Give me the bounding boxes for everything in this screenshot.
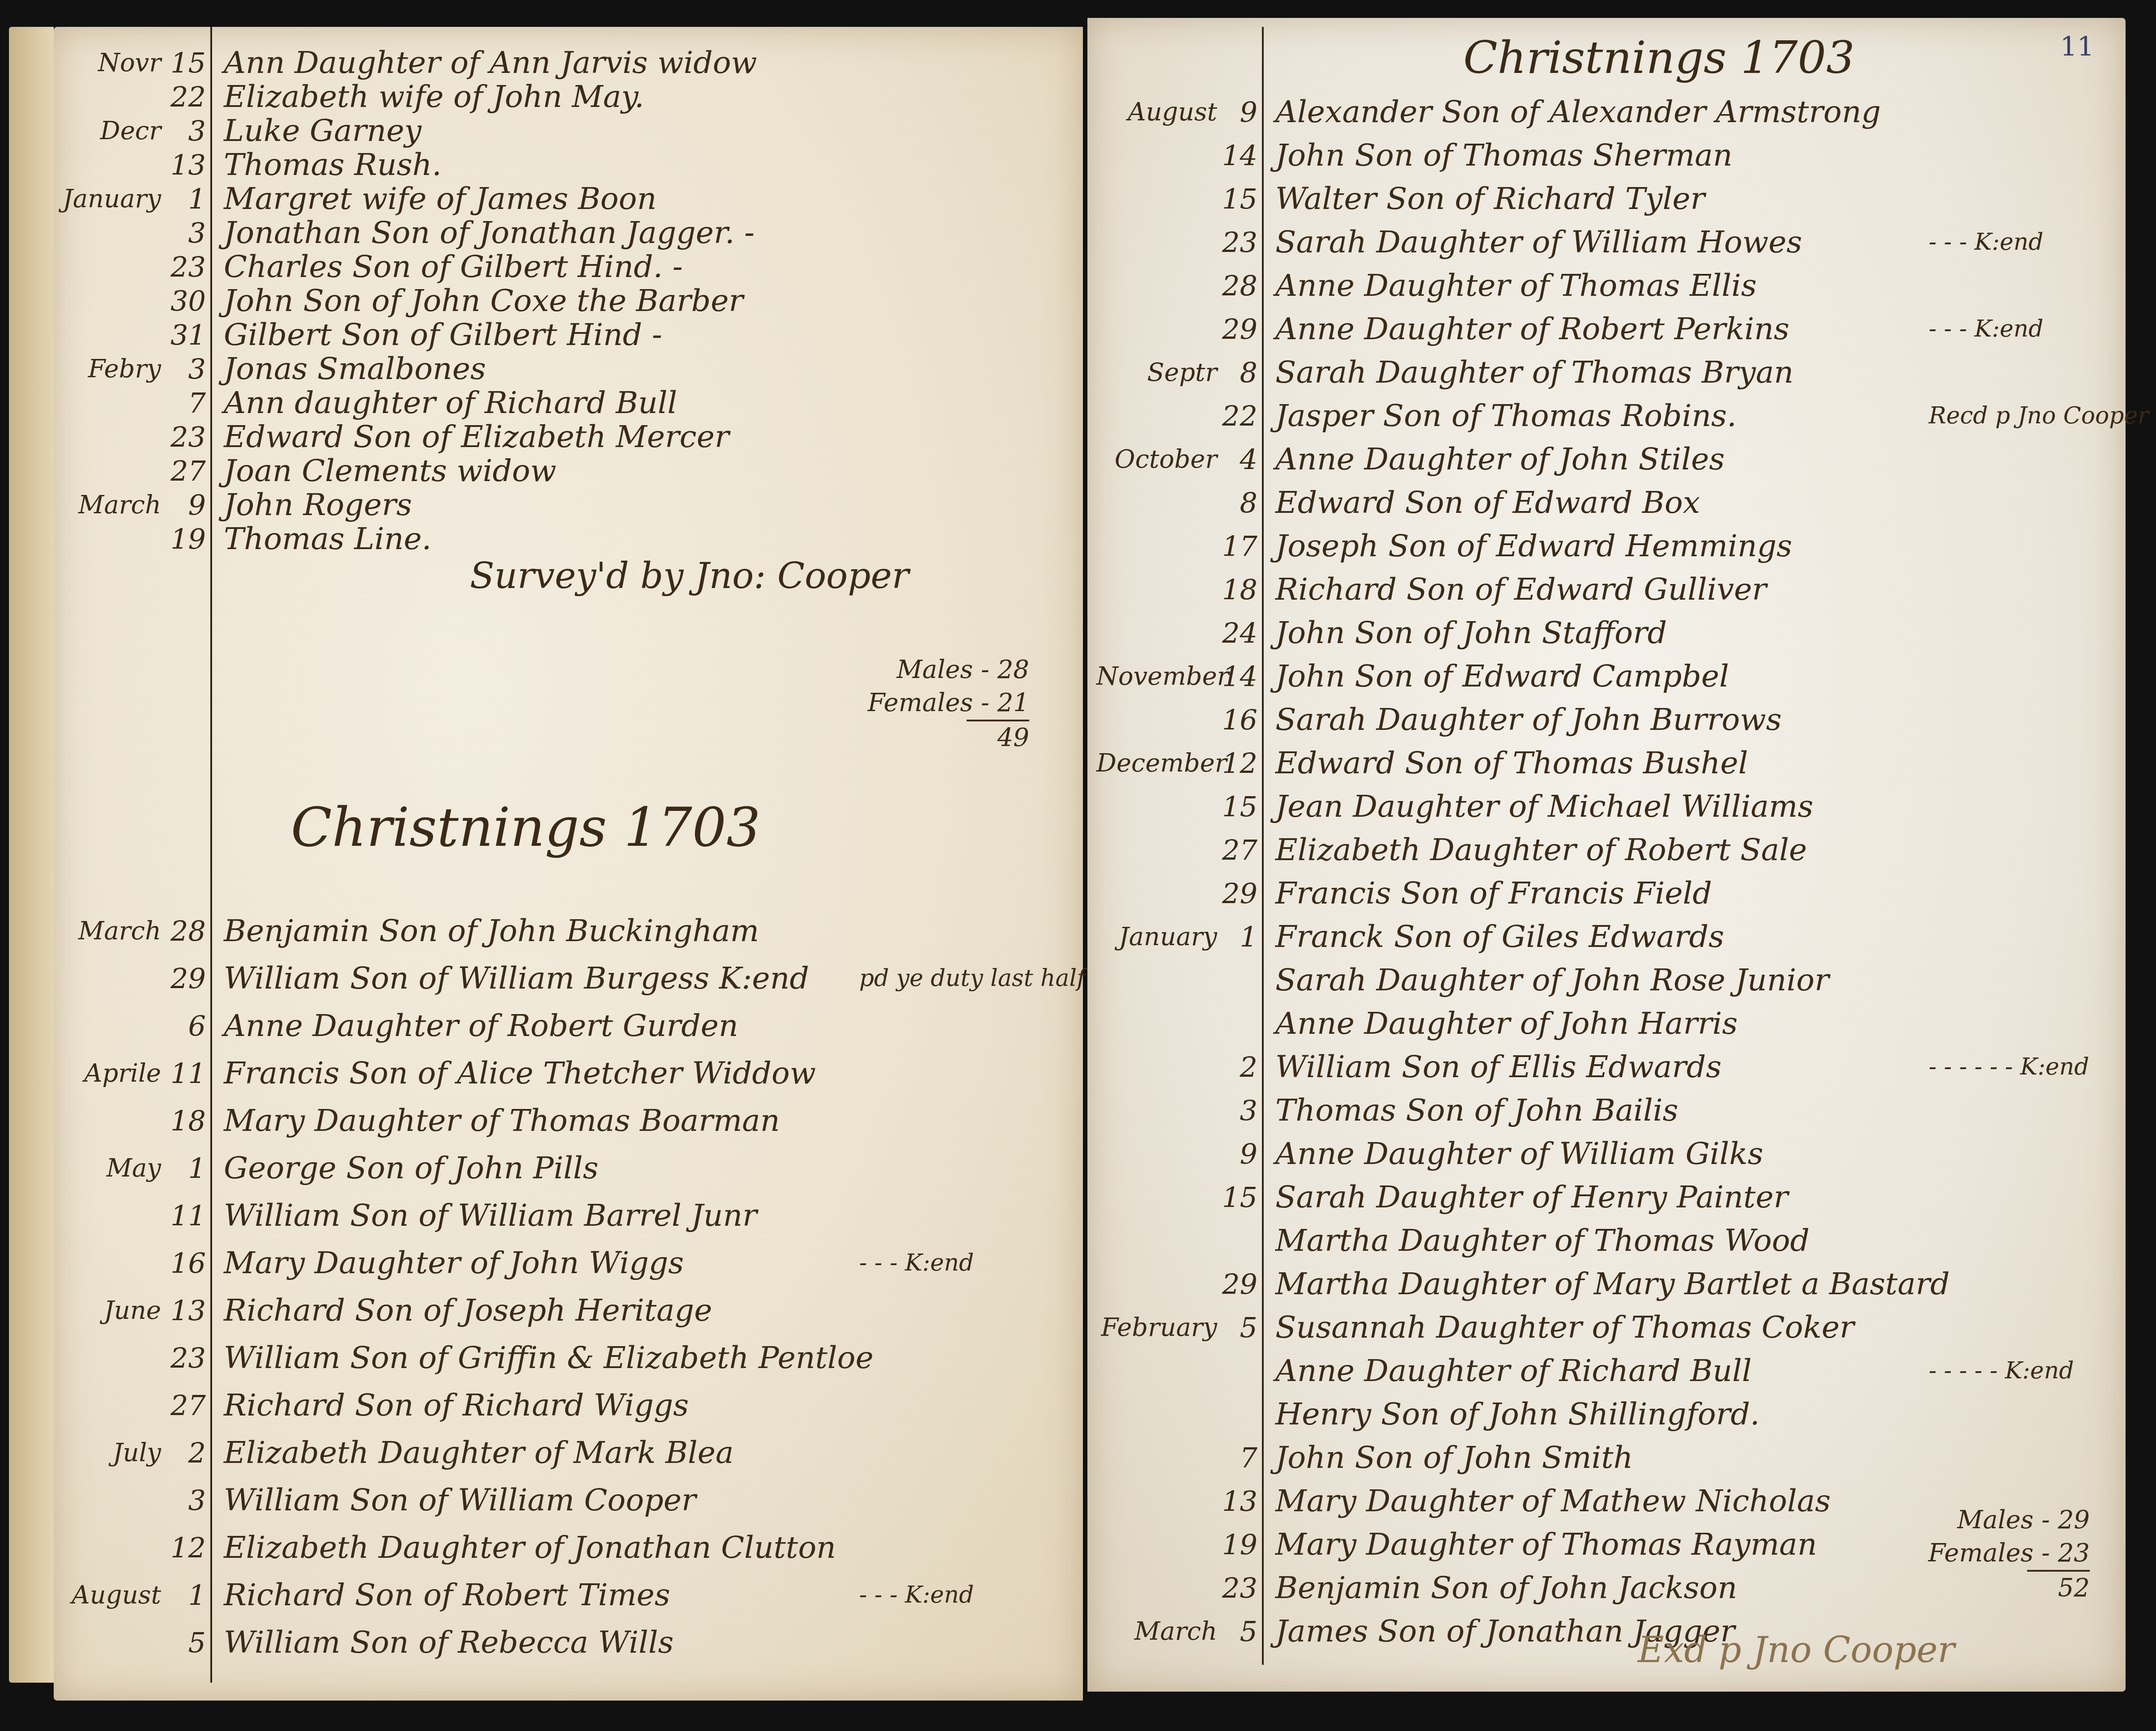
entry-text: Joan Clements widow <box>224 453 556 489</box>
entry-text: Anne Daughter of John Stiles <box>1275 442 1725 477</box>
entry-day: 27 <box>161 455 206 487</box>
register-entry: 9Anne Daughter of William Gilks <box>1087 1136 2126 1172</box>
entry-day: 3 <box>161 353 206 385</box>
entry-text: Martha Daughter of Mary Bartlet a Bastar… <box>1275 1266 1950 1302</box>
register-entry: 3Thomas Son of John Bailis <box>1087 1092 2126 1128</box>
entry-note: Recd p Jno Cooper <box>1929 402 2149 429</box>
entry-day: 1 <box>1217 921 1257 953</box>
entry-text: Joseph Son of Edward Hemmings <box>1275 529 1792 564</box>
entry-text: Sarah Daughter of John Burrows <box>1275 702 1781 738</box>
entry-note: - - - K:end <box>1929 316 2043 342</box>
entry-day: 15 <box>161 47 206 79</box>
register-entry: 29Francis Son of Francis Field <box>1087 875 2126 911</box>
entry-day: 22 <box>1217 400 1257 432</box>
entry-text: Anne Daughter of William Gilks <box>1275 1136 1763 1172</box>
entry-text: Ann Daughter of Ann Jarvis widow <box>224 45 757 81</box>
entry-text: Benjamin Son of John Buckingham <box>224 913 759 949</box>
entry-day: 13 <box>161 1294 206 1327</box>
entry-text: Franck Son of Giles Edwards <box>1275 919 1724 955</box>
right-signature: Exd p Jno Cooper <box>1638 1629 1955 1671</box>
register-entry: February5Susannah Daughter of Thomas Cok… <box>1087 1309 2126 1345</box>
register-entry: Aprile11Francis Son of Alice Thetcher Wi… <box>54 1055 1083 1091</box>
entry-text: Francis Son of Francis Field <box>1275 876 1712 911</box>
entry-day: 16 <box>1217 703 1257 736</box>
entry-day: 23 <box>1217 226 1257 259</box>
entry-text: Walter Son of Richard Tyler <box>1275 181 1705 217</box>
register-entry: 19Thomas Line. <box>54 521 1083 557</box>
entry-day: 18 <box>1217 573 1257 606</box>
register-entry: 18Mary Daughter of Thomas Boarman <box>54 1103 1083 1138</box>
register-entry: 2William Son of Ellis Edwards- - - - - -… <box>1087 1049 2126 1085</box>
right-heading: Christnings 1703 <box>1463 31 1855 84</box>
entry-text: Anne Daughter of John Harris <box>1275 1006 1738 1041</box>
entry-day: 15 <box>1217 1181 1257 1214</box>
entry-day: 31 <box>161 319 206 351</box>
entry-text: Benjamin Son of John Jackson <box>1275 1570 1737 1606</box>
register-entry: Martha Daughter of Thomas Wood <box>1087 1223 2126 1258</box>
entry-text: Elizabeth Daughter of Mark Blea <box>224 1435 734 1471</box>
entry-text: John Rogers <box>224 487 412 523</box>
entry-day: 23 <box>161 1342 206 1374</box>
entry-day: 5 <box>161 1626 206 1659</box>
entry-day: 29 <box>161 962 206 995</box>
entry-text: Jonas Smalbones <box>224 351 486 387</box>
entry-text: Henry Son of John Shillingford. <box>1275 1397 1760 1432</box>
register-entry: 13Thomas Rush. <box>54 147 1083 183</box>
entry-day: 1 <box>161 183 206 215</box>
right-tally-total: 52 <box>2027 1570 2090 1605</box>
register-entry: 8Edward Son of Edward Box <box>1087 485 2126 520</box>
entry-text: Mary Daughter of Mathew Nicholas <box>1275 1484 1831 1519</box>
right-page: 11 Christnings 1703 August9Alexander Son… <box>1087 18 2126 1692</box>
entry-day: 24 <box>1217 617 1257 649</box>
entry-note: - - - K:end <box>859 1582 974 1608</box>
entry-day: 1 <box>161 1152 206 1185</box>
register-entry: 29Martha Daughter of Mary Bartlet a Bast… <box>1087 1266 2126 1302</box>
entry-text: William Son of William Burgess K:end <box>224 961 809 996</box>
entry-day: 1 <box>161 1579 206 1612</box>
entry-day: 28 <box>1217 269 1257 302</box>
register-entry: January1Franck Son of Giles Edwards <box>1087 919 2126 955</box>
entry-month: January <box>58 184 161 213</box>
register-entry: Febry3Jonas Smalbones <box>54 351 1083 387</box>
entry-day: 9 <box>1217 1138 1257 1170</box>
entry-text: William Son of Ellis Edwards <box>1275 1049 1721 1085</box>
register-entry: 23Sarah Daughter of William Howes- - - K… <box>1087 224 2126 260</box>
entry-day: 2 <box>161 1437 206 1469</box>
entry-text: Sarah Daughter of Henry Painter <box>1275 1180 1788 1215</box>
register-entry: 11William Son of William Barrel Junr <box>54 1198 1083 1233</box>
entry-day: 15 <box>1217 183 1257 215</box>
register-entry: Anne Daughter of Richard Bull- - - - - K… <box>1087 1353 2126 1389</box>
entry-text: Alexander Son of Alexander Armstrong <box>1275 94 1881 130</box>
entry-text: Jean Daughter of Michael Williams <box>1275 789 1813 824</box>
entry-day: 27 <box>161 1389 206 1422</box>
entry-day: 28 <box>161 915 206 947</box>
register-entry: 22Elizabeth wife of John May. <box>54 79 1083 115</box>
entry-text: Richard Son of Robert Times <box>224 1578 670 1613</box>
register-entry: Novr15Ann Daughter of Ann Jarvis widow <box>54 45 1083 81</box>
entry-text: William Son of Rebecca Wills <box>224 1625 673 1660</box>
register-entry: 16Mary Daughter of John Wiggs- - - K:end <box>54 1245 1083 1281</box>
entry-day: 7 <box>161 387 206 419</box>
entry-note: - - - K:end <box>1929 229 2043 256</box>
entry-month: January <box>1096 922 1217 951</box>
register-entry: Anne Daughter of John Harris <box>1087 1006 2126 1041</box>
right-tally: Males - 29 Females - 23 52 <box>1839 1504 2090 1605</box>
entry-text: Margret wife of James Boon <box>224 181 656 217</box>
entry-day: 15 <box>1217 790 1257 823</box>
entry-day: 29 <box>1217 1268 1257 1300</box>
entry-text: Sarah Daughter of William Howes <box>1275 225 1802 260</box>
register-entry: June13Richard Son of Joseph Heritage <box>54 1292 1083 1328</box>
entry-text: Edward Son of Elizabeth Mercer <box>224 419 729 455</box>
entry-month: Septr <box>1096 358 1217 387</box>
register-entry: 3William Son of William Cooper <box>54 1482 1083 1518</box>
entry-text: Jonathan Son of Jonathan Jagger. - <box>224 215 754 251</box>
register-entry: May1George Son of John Pills <box>54 1150 1083 1186</box>
entry-day: 22 <box>161 81 206 113</box>
register-entry: November14John Son of Edward Campbel <box>1087 658 2126 694</box>
entry-day: 8 <box>1217 486 1257 519</box>
entry-day: 9 <box>1217 96 1257 128</box>
entry-day: 29 <box>1217 877 1257 910</box>
register-entry: 24John Son of John Stafford <box>1087 615 2126 651</box>
entry-day: 29 <box>1217 313 1257 345</box>
register-entry: 5William Son of Rebecca Wills <box>54 1624 1083 1660</box>
left-heading: Christnings 1703 <box>291 797 761 859</box>
register-entry: 15Jean Daughter of Michael Williams <box>1087 789 2126 824</box>
entry-note: - - - K:end <box>859 1249 974 1276</box>
entry-day: 3 <box>161 1484 206 1517</box>
entry-month: November <box>1096 662 1217 691</box>
entry-day: 2 <box>1217 1051 1257 1083</box>
entry-month: Aprile <box>58 1059 161 1088</box>
entry-day: 5 <box>1217 1615 1257 1648</box>
entry-text: Elizabeth Daughter of Robert Sale <box>1275 832 1807 868</box>
entry-text: Sarah Daughter of John Rose Junior <box>1275 963 1829 998</box>
upper-signature: Survey'd by Jno: Cooper <box>470 555 909 597</box>
entry-month: July <box>58 1438 161 1467</box>
entry-text: John Son of John Smith <box>1275 1440 1633 1475</box>
entry-day: 3 <box>161 217 206 249</box>
entry-month: March <box>58 490 161 520</box>
entry-day: 13 <box>1217 1485 1257 1518</box>
entry-text: William Son of William Cooper <box>224 1483 696 1518</box>
register-entry: Decr3Luke Garney <box>54 113 1083 149</box>
entry-text: Mary Daughter of Thomas Rayman <box>1275 1527 1817 1562</box>
entry-text: Mary Daughter of John Wiggs <box>224 1245 684 1281</box>
entry-text: John Son of John Coxe the Barber <box>224 283 743 319</box>
entry-text: Edward Son of Thomas Bushel <box>1275 746 1748 781</box>
entry-month: May <box>58 1154 161 1183</box>
entry-text: Elizabeth wife of John May. <box>224 79 644 115</box>
entry-day: 19 <box>161 523 206 555</box>
left-page: Novr15Ann Daughter of Ann Jarvis widow22… <box>54 27 1083 1701</box>
entry-text: Jasper Son of Thomas Robins. <box>1275 398 1737 434</box>
folio-number: 11 <box>2060 31 2094 63</box>
entry-text: Anne Daughter of Thomas Ellis <box>1275 268 1757 303</box>
entry-text: Ann daughter of Richard Bull <box>224 385 677 421</box>
entry-day: 3 <box>161 115 206 147</box>
register-entry: 22Jasper Son of Thomas Robins.Recd p Jno… <box>1087 398 2126 434</box>
entry-day: 16 <box>161 1247 206 1279</box>
entry-text: Anne Daughter of Richard Bull <box>1275 1353 1751 1389</box>
register-entry: 27Richard Son of Richard Wiggs <box>54 1387 1083 1423</box>
register-entry: December12Edward Son of Thomas Bushel <box>1087 745 2126 781</box>
entry-text: Mary Daughter of Thomas Boarman <box>224 1103 780 1138</box>
register-entry: March9John Rogers <box>54 487 1083 523</box>
entry-day: 14 <box>1217 139 1257 172</box>
entry-text: William Son of Griffin & Elizabeth Pentl… <box>224 1340 873 1376</box>
entry-day: 12 <box>161 1531 206 1564</box>
register-entry: 27Joan Clements widow <box>54 453 1083 489</box>
entry-day: 5 <box>1217 1311 1257 1344</box>
entry-text: Thomas Line. <box>224 521 431 557</box>
entry-text: Elizabeth Daughter of Jonathan Clutton <box>224 1530 836 1565</box>
underlying-page-edge <box>9 27 54 1683</box>
register-entry: March5James Son of Jonathan Jagger <box>1087 1613 2126 1649</box>
register-entry: October4Anne Daughter of John Stiles <box>1087 441 2126 477</box>
register-entry: August9Alexander Son of Alexander Armstr… <box>1087 94 2126 130</box>
entry-day: 12 <box>1217 747 1257 780</box>
register-entry: 29Anne Daughter of Robert Perkins- - - K… <box>1087 311 2126 347</box>
entry-day: 23 <box>161 251 206 283</box>
register-entry: 18Richard Son of Edward Gulliver <box>1087 571 2126 607</box>
entry-text: Edward Son of Edward Box <box>1275 485 1700 520</box>
upper-tally-total: 49 <box>967 720 1029 755</box>
entry-note: - - - - - - K:end <box>1929 1053 2089 1080</box>
entry-day: 3 <box>1217 1094 1257 1127</box>
register-entry: March28Benjamin Son of John Buckingham <box>54 913 1083 949</box>
entry-text: Richard Son of Edward Gulliver <box>1275 572 1767 607</box>
entry-month: Novr <box>58 48 161 77</box>
register-entry: July2Elizabeth Daughter of Mark Blea <box>54 1435 1083 1471</box>
register-entry: 23William Son of Griffin & Elizabeth Pen… <box>54 1340 1083 1376</box>
entry-text: Luke Garney <box>224 113 422 149</box>
register-entry: 15Walter Son of Richard Tyler <box>1087 181 2126 217</box>
upper-tally: Males - 28 Females - 21 49 <box>779 653 1029 755</box>
entry-day: 8 <box>1217 356 1257 389</box>
entry-note: - - - - - K:end <box>1929 1357 2074 1384</box>
entry-month: August <box>58 1581 161 1610</box>
register-entry: 7John Son of John Smith <box>1087 1440 2126 1475</box>
register-entry: Sarah Daughter of John Rose Junior <box>1087 962 2126 998</box>
entry-month: June <box>58 1296 161 1325</box>
register-entry: 23Charles Son of Gilbert Hind. - <box>54 249 1083 285</box>
register-entry: 7Ann daughter of Richard Bull <box>54 385 1083 421</box>
entry-day: 17 <box>1217 530 1257 563</box>
entry-day: 9 <box>161 489 206 521</box>
register-entry: 17Joseph Son of Edward Hemmings <box>1087 528 2126 564</box>
entry-text: William Son of William Barrel Junr <box>224 1198 757 1233</box>
register-entry: 3Jonathan Son of Jonathan Jagger. - <box>54 215 1083 251</box>
entry-day: 23 <box>1217 1572 1257 1604</box>
register-entry: 6Anne Daughter of Robert Gurden <box>54 1008 1083 1044</box>
entry-day: 18 <box>161 1104 206 1137</box>
entry-month: February <box>1096 1313 1217 1342</box>
register-entry: 27Elizabeth Daughter of Robert Sale <box>1087 832 2126 868</box>
register-entry: 31Gilbert Son of Gilbert Hind - <box>54 317 1083 353</box>
register-entry: August1Richard Son of Robert Times- - - … <box>54 1577 1083 1613</box>
entry-month: October <box>1096 445 1217 474</box>
entry-month: March <box>58 917 161 946</box>
entry-text: Francis Son of Alice Thetcher Widdow <box>224 1056 816 1091</box>
entry-day: 19 <box>1217 1528 1257 1561</box>
entry-day: 13 <box>161 149 206 181</box>
entry-month: August <box>1096 98 1217 127</box>
entry-day: 4 <box>1217 443 1257 476</box>
entry-day: 7 <box>1217 1441 1257 1474</box>
entry-text: Sarah Daughter of Thomas Bryan <box>1275 355 1794 390</box>
entry-month: Decr <box>58 116 161 145</box>
entry-text: Anne Daughter of Robert Gurden <box>224 1008 738 1044</box>
entry-day: 6 <box>161 1010 206 1042</box>
register-entry: Septr8Sarah Daughter of Thomas Bryan <box>1087 354 2126 390</box>
register-entry: 23Edward Son of Elizabeth Mercer <box>54 419 1083 455</box>
entry-month: December <box>1096 749 1217 778</box>
entry-day: 23 <box>161 421 206 453</box>
register-entry: Henry Son of John Shillingford. <box>1087 1396 2126 1432</box>
register-entry: 30John Son of John Coxe the Barber <box>54 283 1083 319</box>
entry-text: John Son of John Stafford <box>1275 615 1667 651</box>
entry-text: Gilbert Son of Gilbert Hind - <box>224 317 662 353</box>
entry-text: Thomas Son of John Bailis <box>1275 1093 1678 1128</box>
entry-month: Febry <box>58 354 161 384</box>
entry-text: Richard Son of Joseph Heritage <box>224 1293 712 1328</box>
entry-day: 27 <box>1217 834 1257 866</box>
entry-text: John Son of Edward Campbel <box>1275 659 1729 694</box>
entry-day: 14 <box>1217 660 1257 693</box>
entry-text: Martha Daughter of Thomas Wood <box>1275 1223 1810 1258</box>
entry-text: Richard Son of Richard Wiggs <box>224 1388 689 1423</box>
entry-text: George Son of John Pills <box>224 1151 598 1186</box>
register-entry: 28Anne Daughter of Thomas Ellis <box>1087 268 2126 303</box>
entry-text: Anne Daughter of Robert Perkins <box>1275 311 1790 347</box>
entry-month: March <box>1096 1617 1217 1646</box>
entry-text: Charles Son of Gilbert Hind. - <box>224 249 683 285</box>
entry-text: Susannah Daughter of Thomas Coker <box>1275 1310 1854 1345</box>
register-entry: 16Sarah Daughter of John Burrows <box>1087 702 2126 738</box>
entry-text: Thomas Rush. <box>224 147 442 183</box>
register-entry: 29William Son of William Burgess K:endpd… <box>54 960 1083 996</box>
register-entry: 14John Son of Thomas Sherman <box>1087 137 2126 173</box>
entry-day: 30 <box>161 285 206 317</box>
entry-day: 11 <box>161 1057 206 1090</box>
register-entry: 12Elizabeth Daughter of Jonathan Clutton <box>54 1530 1083 1565</box>
register-entry: 15Sarah Daughter of Henry Painter <box>1087 1179 2126 1215</box>
entry-day: 11 <box>161 1199 206 1232</box>
register-entry: January1Margret wife of James Boon <box>54 181 1083 217</box>
entry-text: John Son of Thomas Sherman <box>1275 138 1733 173</box>
